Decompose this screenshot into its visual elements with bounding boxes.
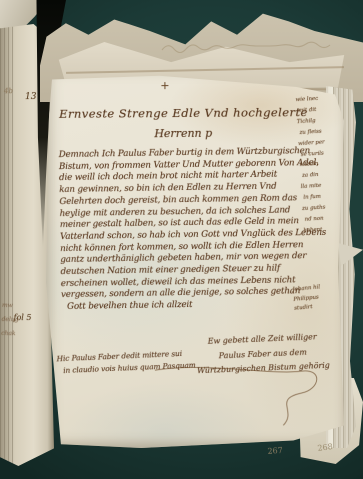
body-line: Gott bevelhen thue ich allzeit — [67, 298, 309, 314]
next-page-number: 268 — [317, 442, 333, 453]
salutation-line-1: Ernveste Strenge Edle Vnd hochgelerte — [59, 105, 307, 121]
pen-flourish — [151, 359, 333, 432]
invocation-cross: + — [155, 79, 175, 92]
fragment-line: delug — [1, 313, 27, 328]
lower-right-side-note: Johann hilPhilippusstudirt — [292, 282, 331, 314]
letter-body-text: Demnach Ich Paulus Faber burtig in dem W… — [59, 146, 310, 314]
handwriting-layer: + 13 4b Ernveste Strenge Edle Vnd hochge… — [0, 0, 363, 479]
side-note-line: studirt — [294, 302, 331, 315]
previous-page-fragments: mwdelugchak — [1, 299, 28, 342]
margin-note-line: wider per — [298, 137, 329, 150]
left-margin-mark: 4b — [4, 87, 13, 95]
margin-note-line: habent — [303, 224, 334, 237]
archive-photo: + 13 4b Ernveste Strenge Edle Vnd hochge… — [0, 0, 363, 479]
fragment-line: chak — [1, 327, 27, 342]
fragment-line: mw — [2, 299, 28, 314]
page-number: 267 — [267, 446, 283, 456]
folio-number: 13 — [25, 92, 37, 102]
salutation-line-2: Herrenn p — [59, 126, 307, 141]
